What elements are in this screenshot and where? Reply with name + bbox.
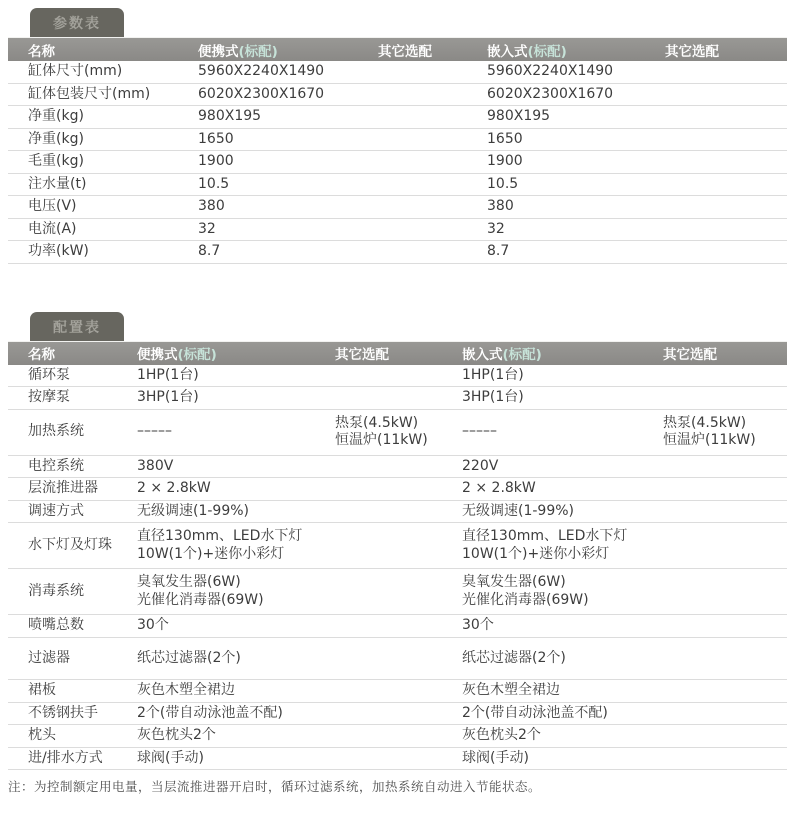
row-label: 按摩泵: [8, 387, 137, 409]
config-table: 名称 便携式(标配) 其它选配 嵌入式(标配) 其它选配 循环泵1HP(1台)1…: [8, 341, 787, 771]
standard-badge: (标配): [528, 44, 567, 60]
cell-portable: 球阀(手动): [137, 748, 335, 770]
cell-portable-opt: [378, 115, 487, 119]
footnote: 注：为控制额定用电量，当层流推进器开启时，循环过滤系统，加热系统自动进入节能状态…: [8, 777, 795, 795]
cell-builtin: 臭氧发生器(6W) 光催化消毒器(69W): [462, 572, 663, 611]
cell-portable: 30个: [137, 615, 335, 637]
cell-builtin: 2 × 2.8kW: [462, 478, 663, 500]
cell-builtin-opt: [663, 464, 787, 468]
config-table-section: 配置表 名称 便携式(标配) 其它选配 嵌入式(标配) 其它选配 循环泵1HP(…: [0, 264, 795, 771]
cell-builtin: 直径130mm、LED水下灯 10W(1个)+迷你小彩灯: [462, 526, 663, 565]
cell-portable-opt: [335, 624, 462, 628]
cell-portable: 臭氧发生器(6W) 光催化消毒器(69W): [137, 572, 335, 611]
cell-portable: 380: [198, 196, 378, 218]
cell-portable: 6020X2300X1670: [198, 84, 378, 106]
cell-builtin-opt: [665, 137, 787, 141]
cell-portable: 灰色木塑全裙边: [137, 680, 335, 702]
spec-sheet-page: 参数表 名称 便携式(标配) 其它选配 嵌入式(标配) 其它选配 缸体尺寸(mm…: [0, 0, 795, 828]
row-label: 功率(kW): [8, 241, 198, 263]
col-header-builtin-options: 其它选配: [663, 343, 787, 363]
cell-portable-opt: [335, 373, 462, 377]
row-label: 枕头: [8, 725, 137, 747]
cell-builtin-opt: [663, 734, 787, 738]
col-header-portable-options: 其它选配: [335, 343, 462, 363]
cell-builtin: 1650: [487, 129, 665, 151]
cell-portable: 1900: [198, 151, 378, 173]
row-label: 进/排水方式: [8, 748, 137, 770]
row-label: 毛重(kg): [8, 151, 198, 173]
cell-portable-opt: [335, 689, 462, 693]
table-row: 枕头灰色枕头2个灰色枕头2个: [8, 725, 787, 748]
cell-builtin-opt: [665, 250, 787, 254]
param-table-header-row: 名称 便携式(标配) 其它选配 嵌入式(标配) 其它选配: [8, 37, 787, 61]
cell-portable-opt: [335, 656, 462, 660]
standard-badge: (标配): [178, 347, 217, 363]
col-header-builtin-options: 其它选配: [665, 40, 787, 60]
cell-builtin-opt: [663, 689, 787, 693]
cell-portable-opt: 热泵(4.5kW) 恒温炉(11kW): [335, 413, 462, 452]
table-row: 电流(A)3232: [8, 219, 787, 242]
cell-portable: 980X195: [198, 106, 378, 128]
row-label: 不锈钢扶手: [8, 703, 137, 725]
cell-builtin-opt: [663, 624, 787, 628]
cell-portable-opt: [335, 590, 462, 594]
config-table-header-row: 名称 便携式(标配) 其它选配 嵌入式(标配) 其它选配: [8, 341, 787, 365]
table-row: 净重(kg)16501650: [8, 129, 787, 152]
param-table: 名称 便携式(标配) 其它选配 嵌入式(标配) 其它选配 缸体尺寸(mm)596…: [8, 37, 787, 264]
cell-portable-opt: [335, 509, 462, 513]
param-table-tab: 参数表: [30, 8, 124, 37]
cell-portable: –––––: [137, 421, 335, 443]
cell-builtin: 球阀(手动): [462, 748, 663, 770]
cell-portable: 纸芯过滤器(2个): [137, 648, 335, 670]
cell-portable: 32: [198, 219, 378, 241]
cell-builtin: 1900: [487, 151, 665, 173]
table-row: 层流推进器2 × 2.8kW2 × 2.8kW: [8, 478, 787, 501]
col-header-builtin: 嵌入式(标配): [487, 40, 665, 60]
cell-builtin-opt: [663, 711, 787, 715]
cell-portable-opt: [378, 137, 487, 141]
cell-portable-opt: [378, 227, 487, 231]
col-header-portable-label: 便携式: [198, 44, 239, 60]
standard-badge: (标配): [239, 44, 278, 60]
col-header-portable: 便携式(标配): [137, 343, 335, 363]
cell-portable: 直径130mm、LED水下灯 10W(1个)+迷你小彩灯: [137, 526, 335, 565]
cell-builtin: 6020X2300X1670: [487, 84, 665, 106]
cell-portable: 无级调速(1-99%): [137, 501, 335, 523]
cell-builtin-opt: [663, 756, 787, 760]
cell-builtin-opt: [663, 373, 787, 377]
table-row: 循环泵1HP(1台)1HP(1台): [8, 365, 787, 388]
cell-builtin: –––––: [462, 421, 663, 443]
row-label: 电控系统: [8, 456, 137, 478]
cell-portable: 灰色枕头2个: [137, 725, 335, 747]
cell-builtin: 灰色枕头2个: [462, 725, 663, 747]
cell-portable-opt: [378, 160, 487, 164]
cell-builtin: 380: [487, 196, 665, 218]
cell-portable: 380V: [137, 456, 335, 478]
cell-builtin-opt: [663, 590, 787, 594]
cell-builtin-opt: [663, 487, 787, 491]
cell-builtin-opt: [665, 92, 787, 96]
cell-builtin: 980X195: [487, 106, 665, 128]
cell-builtin: 5960X2240X1490: [487, 61, 665, 83]
cell-builtin: 30个: [462, 615, 663, 637]
cell-portable-opt: [378, 92, 487, 96]
table-row: 缸体尺寸(mm)5960X2240X14905960X2240X1490: [8, 61, 787, 84]
table-row: 功率(kW)8.78.7: [8, 241, 787, 264]
cell-portable-opt: [378, 205, 487, 209]
cell-portable: 3HP(1台): [137, 387, 335, 409]
cell-builtin: 3HP(1台): [462, 387, 663, 409]
col-header-portable-label: 便携式: [137, 347, 178, 363]
row-label: 缸体尺寸(mm): [8, 61, 198, 83]
cell-builtin-opt: [665, 160, 787, 164]
cell-portable-opt: [335, 396, 462, 400]
cell-builtin: 灰色木塑全裙边: [462, 680, 663, 702]
table-row: 喷嘴总数30个30个: [8, 615, 787, 638]
cell-portable-opt: [335, 464, 462, 468]
table-row: 进/排水方式球阀(手动)球阀(手动): [8, 748, 787, 771]
cell-builtin-opt: [663, 656, 787, 660]
cell-builtin: 纸芯过滤器(2个): [462, 648, 663, 670]
cell-builtin-opt: [663, 509, 787, 513]
cell-builtin-opt: [663, 544, 787, 548]
cell-portable-opt: [335, 756, 462, 760]
cell-builtin: 无级调速(1-99%): [462, 501, 663, 523]
cell-portable-opt: [335, 734, 462, 738]
param-table-body: 缸体尺寸(mm)5960X2240X14905960X2240X1490缸体包装…: [8, 61, 787, 264]
table-row: 过滤器纸芯过滤器(2个)纸芯过滤器(2个): [8, 638, 787, 681]
cell-builtin-opt: [665, 227, 787, 231]
cell-builtin-opt: 热泵(4.5kW) 恒温炉(11kW): [663, 413, 787, 452]
row-label: 层流推进器: [8, 478, 137, 500]
col-header-builtin-label: 嵌入式: [462, 347, 503, 363]
col-header-builtin-label: 嵌入式: [487, 44, 528, 60]
col-header-name: 名称: [8, 40, 198, 60]
row-label: 裙板: [8, 680, 137, 702]
config-table-body: 循环泵1HP(1台)1HP(1台)按摩泵3HP(1台)3HP(1台)加热系统––…: [8, 365, 787, 771]
table-row: 电控系统380V220V: [8, 456, 787, 479]
cell-builtin: 10.5: [487, 174, 665, 196]
cell-builtin-opt: [665, 70, 787, 74]
row-label: 电压(V): [8, 196, 198, 218]
row-label: 净重(kg): [8, 106, 198, 128]
cell-portable: 10.5: [198, 174, 378, 196]
cell-builtin-opt: [663, 396, 787, 400]
cell-builtin-opt: [665, 115, 787, 119]
table-row: 调速方式无级调速(1-99%)无级调速(1-99%): [8, 501, 787, 524]
cell-portable-opt: [378, 70, 487, 74]
row-label: 消毒系统: [8, 581, 137, 603]
table-row: 缸体包装尺寸(mm)6020X2300X16706020X2300X1670: [8, 84, 787, 107]
table-row: 水下灯及灯珠直径130mm、LED水下灯 10W(1个)+迷你小彩灯直径130m…: [8, 523, 787, 569]
cell-builtin-opt: [665, 205, 787, 209]
row-label: 过滤器: [8, 648, 137, 670]
row-label: 加热系统: [8, 421, 137, 443]
table-row: 注水量(t)10.510.5: [8, 174, 787, 197]
cell-portable-opt: [378, 182, 487, 186]
col-header-portable-options: 其它选配: [378, 40, 487, 60]
table-row: 不锈钢扶手2个(带自动泳池盖不配)2个(带自动泳池盖不配): [8, 703, 787, 726]
cell-builtin: 32: [487, 219, 665, 241]
cell-portable-opt: [335, 544, 462, 548]
param-table-section: 参数表 名称 便携式(标配) 其它选配 嵌入式(标配) 其它选配 缸体尺寸(mm…: [0, 0, 795, 264]
table-row: 电压(V)380380: [8, 196, 787, 219]
cell-builtin: 2个(带自动泳池盖不配): [462, 703, 663, 725]
table-row: 毛重(kg)19001900: [8, 151, 787, 174]
row-label: 喷嘴总数: [8, 615, 137, 637]
col-header-name: 名称: [8, 343, 137, 363]
table-row: 按摩泵3HP(1台)3HP(1台): [8, 387, 787, 410]
cell-portable-opt: [335, 711, 462, 715]
col-header-portable: 便携式(标配): [198, 40, 378, 60]
cell-builtin: 8.7: [487, 241, 665, 263]
row-label: 电流(A): [8, 219, 198, 241]
cell-builtin: 220V: [462, 456, 663, 478]
table-row: 净重(kg)980X195980X195: [8, 106, 787, 129]
table-row: 加热系统–––––热泵(4.5kW) 恒温炉(11kW)–––––热泵(4.5k…: [8, 410, 787, 456]
cell-portable: 2个(带自动泳池盖不配): [137, 703, 335, 725]
row-label: 净重(kg): [8, 129, 198, 151]
cell-builtin-opt: [665, 182, 787, 186]
row-label: 注水量(t): [8, 174, 198, 196]
cell-builtin: 1HP(1台): [462, 365, 663, 387]
cell-portable: 2 × 2.8kW: [137, 478, 335, 500]
table-row: 裙板灰色木塑全裙边灰色木塑全裙边: [8, 680, 787, 703]
row-label: 调速方式: [8, 501, 137, 523]
config-table-tab: 配置表: [30, 312, 124, 341]
standard-badge: (标配): [503, 347, 542, 363]
table-row: 消毒系统臭氧发生器(6W) 光催化消毒器(69W)臭氧发生器(6W) 光催化消毒…: [8, 569, 787, 615]
cell-portable-opt: [335, 487, 462, 491]
cell-portable-opt: [378, 250, 487, 254]
col-header-builtin: 嵌入式(标配): [462, 343, 663, 363]
cell-portable: 5960X2240X1490: [198, 61, 378, 83]
row-label: 水下灯及灯珠: [8, 535, 137, 557]
row-label: 循环泵: [8, 365, 137, 387]
cell-portable: 1650: [198, 129, 378, 151]
cell-portable: 1HP(1台): [137, 365, 335, 387]
cell-portable: 8.7: [198, 241, 378, 263]
row-label: 缸体包装尺寸(mm): [8, 84, 198, 106]
